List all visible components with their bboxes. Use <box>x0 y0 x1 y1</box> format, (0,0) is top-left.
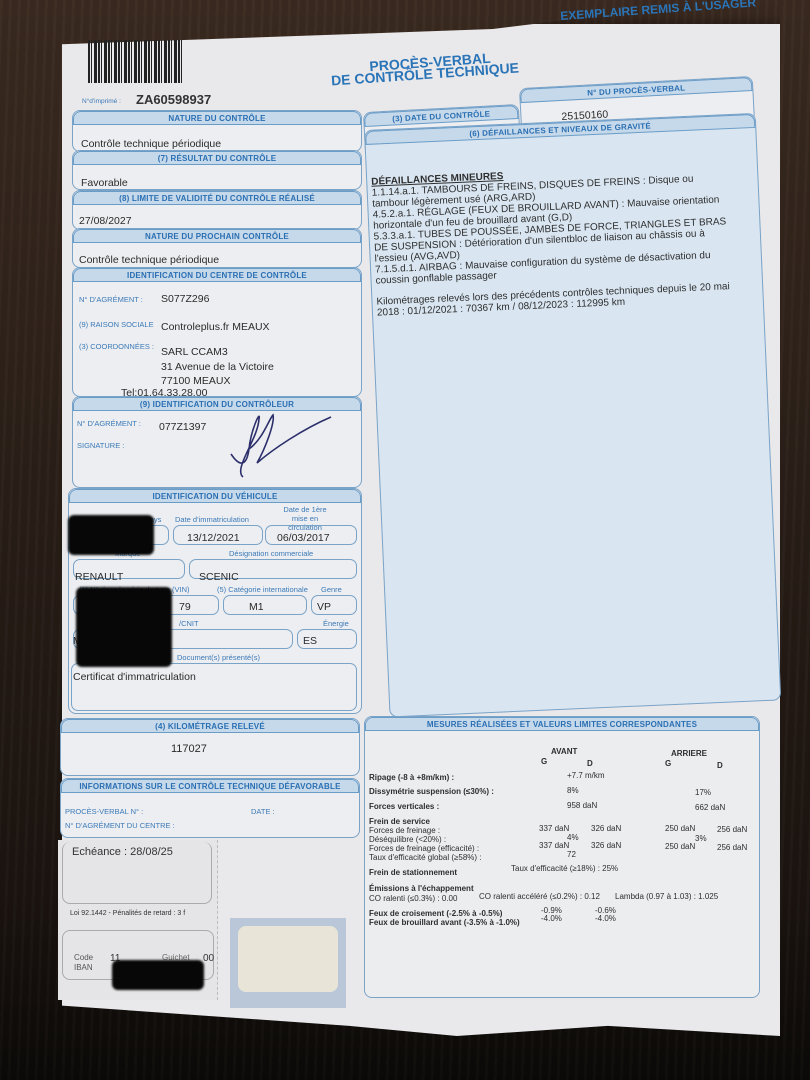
lambda: Lambda (0.97 à 1.03) : 1.025 <box>615 892 718 901</box>
nature-controle-header: NATURE DU CONTRÔLE <box>73 111 361 125</box>
resultat-header: (7) RÉSULTAT DU CONTRÔLE <box>73 151 361 165</box>
forces-eff-avg: 337 daN <box>539 841 569 850</box>
raison-sociale-label: (9) RAISON SOCIALE <box>79 320 154 329</box>
controleur-agrement-label: N° D'AGRÉMENT : <box>77 419 141 428</box>
coord-line-1: SARL CCAM3 <box>161 346 228 358</box>
validite-header: (8) LIMITE DE VALIDITÉ DU CONTRÔLE RÉALI… <box>73 191 361 205</box>
loi-text: Loi 92.1442 - Pénalités de retard : 3 f <box>70 910 185 917</box>
controleur-box: (9) IDENTIFICATION DU CONTRÔLEUR N° D'AG… <box>72 396 362 488</box>
energie-label: Énergie <box>323 619 349 628</box>
guichet-value: 00 <box>203 953 214 964</box>
cnit-label: /CNIT <box>179 619 199 628</box>
kilometrage-value: 117027 <box>171 743 207 755</box>
kilometrage-header: (4) KILOMÉTRAGE RELEVÉ <box>61 719 359 733</box>
emissions-label: Émissions à l'échappement <box>369 884 474 893</box>
arriere-d: D <box>717 761 723 770</box>
forces-freinage-avd: 326 daN <box>591 824 621 833</box>
code-label: Code <box>74 953 93 962</box>
desequilibre-label: Déséquilibre (<20%) : <box>369 835 446 844</box>
forces-freinage-avg: 337 daN <box>539 824 569 833</box>
prochain-controle-box: NATURE DU PROCHAIN CONTRÔLE Contrôle tec… <box>72 228 362 268</box>
forces-eff-label: Forces de freinage (efficacité) : <box>369 844 479 853</box>
avant-g: G <box>541 757 547 766</box>
defavorable-box: INFORMATIONS SUR LE CONTRÔLE TECHNIQUE D… <box>60 778 360 838</box>
energie-value: ES <box>303 635 317 647</box>
controleur-agrement-value: 077Z1397 <box>159 421 206 433</box>
category-field <box>223 595 307 615</box>
forces-eff-avd: 326 daN <box>591 841 621 850</box>
raison-sociale-value: Controleplus.fr MEAUX <box>161 321 270 333</box>
resultat-value: Favorable <box>81 177 128 189</box>
forces-vert-label: Forces verticales : <box>369 802 439 811</box>
taux-global-label: Taux d'efficacité global (≥58%) : <box>369 853 482 862</box>
frein-service-label: Frein de service <box>369 817 430 826</box>
printed-number: ZA60598937 <box>136 92 211 107</box>
first-circ-value: 06/03/2017 <box>277 532 330 544</box>
centre-agrement-value: S077Z296 <box>161 293 209 305</box>
resultat-box: (7) RÉSULTAT DU CONTRÔLE Favorable <box>72 150 362 190</box>
stationnement-label: Frein de stationnement <box>369 868 457 877</box>
category-label: (5) Catégorie internationale <box>217 585 308 594</box>
kilometrage-box: (4) KILOMÉTRAGE RELEVÉ 117027 <box>60 718 360 776</box>
dissym-avant: 8% <box>567 786 579 795</box>
designation-label: Désignation commerciale <box>229 549 313 558</box>
date-immat-value: 13/12/2021 <box>187 532 240 544</box>
redacted-iban <box>112 960 204 990</box>
prochain-controle-header: NATURE DU PROCHAIN CONTRÔLE <box>73 229 361 243</box>
marque-value: RENAULT <box>75 571 123 583</box>
forces-eff-arg: 250 daN <box>665 842 695 851</box>
defaillances-panel: (6) DÉFAILLANCES ET NIVEAUX DE GRAVITÉ D… <box>364 113 781 718</box>
validite-value: 27/08/2027 <box>79 215 132 227</box>
stationnement-value: Taux d'efficacité (≥18%) : 25% <box>511 864 618 873</box>
signature-label: SIGNATURE : <box>77 441 124 450</box>
mesures-panel: MESURES RÉALISÉES ET VALEURS LIMITES COR… <box>364 716 760 998</box>
forces-vert-arriere: 662 daN <box>695 803 725 812</box>
genre-label: Genre <box>321 585 342 594</box>
coord-line-2: 31 Avenue de la Victoire <box>161 361 274 373</box>
defavorable-header: INFORMATIONS SUR LE CONTRÔLE TECHNIQUE D… <box>61 779 359 793</box>
barcode <box>88 40 183 83</box>
vin-visible-fragment: 79 <box>179 601 191 613</box>
taux-global-value: 72 <box>567 850 576 859</box>
co-accelere: CO ralenti accéléré (≤0.2%) : 0.12 <box>479 892 600 901</box>
centre-box: IDENTIFICATION DU CENTRE DE CONTRÔLE N° … <box>72 267 362 397</box>
mesures-header: MESURES RÉALISÉES ET VALEURS LIMITES COR… <box>365 717 759 731</box>
ripage-value: +7.7 m/km <box>567 771 605 780</box>
coord-line-3: 77100 MEAUX <box>161 375 230 387</box>
documents-value: Certificat d'immatriculation <box>73 671 196 683</box>
redacted-plate <box>68 515 154 555</box>
ripage-label: Ripage (-8 à +8m/km) : <box>369 773 454 782</box>
designation-value: SCENIC <box>199 571 239 583</box>
validite-box: (8) LIMITE DE VALIDITÉ DU CONTRÔLE RÉALI… <box>72 190 362 230</box>
redacted-vin <box>76 587 172 667</box>
centre-agrement-label: N° D'AGRÉMENT : <box>79 295 143 304</box>
date-immat-label: Date d'immatriculation <box>175 515 249 524</box>
defavorable-agrement-label: N° D'AGRÉMENT DU CENTRE : <box>65 821 175 830</box>
desequilibre-arriere: 3% <box>695 834 707 843</box>
arriere-label: ARRIERE <box>671 749 707 758</box>
documents-label: Document(s) présenté(s) <box>177 653 260 662</box>
feux-brouillard-g: -4.0% <box>541 914 562 923</box>
signature-scribble <box>223 409 333 481</box>
genre-value: VP <box>317 601 331 613</box>
avant-label: AVANT <box>551 747 577 756</box>
nature-controle-box: NATURE DU CONTRÔLE Contrôle technique pé… <box>72 110 362 152</box>
avant-d: D <box>587 759 593 768</box>
centre-header: IDENTIFICATION DU CENTRE DE CONTRÔLE <box>73 268 361 282</box>
iban-label: IBAN <box>74 963 93 972</box>
forces-vert-avant: 958 daN <box>567 801 597 810</box>
co-ralenti: CO ralenti (≤0.3%) : 0.00 <box>369 894 457 903</box>
dissym-label: Dissymétrie suspension (≤30%) : <box>369 787 494 796</box>
feux-brouillard-label: Feux de brouillard avant (-3.5% à -1.0%) <box>369 918 520 927</box>
arriere-g: G <box>665 759 671 768</box>
defavorable-date-label: DATE : <box>251 807 275 816</box>
defavorable-pv-label: PROCÈS-VERBAL N° : <box>65 807 143 816</box>
prochain-controle-value: Contrôle technique périodique <box>79 254 219 266</box>
forces-freinage-ard: 256 daN <box>717 825 747 834</box>
category-value: M1 <box>249 601 264 613</box>
forces-freinage-label: Forces de freinage : <box>369 826 440 835</box>
feux-croisement-label: Feux de croisement (-2.5% à -0.5%) <box>369 909 502 918</box>
coordonnees-label: (3) COORDONNÉES : <box>79 342 154 351</box>
echeance-text: Echéance : 28/08/25 <box>72 846 173 858</box>
nature-controle-value: Contrôle technique périodique <box>81 138 221 150</box>
dissym-arriere: 17% <box>695 788 711 797</box>
feux-brouillard-d: -4.0% <box>595 914 616 923</box>
printed-number-label: N°d'imprimé : <box>82 98 121 105</box>
forces-eff-ard: 256 daN <box>717 843 747 852</box>
vehicule-header: IDENTIFICATION DU VÉHICULE <box>69 489 361 503</box>
forces-freinage-arg: 250 daN <box>665 824 695 833</box>
stamp-area <box>230 918 346 1008</box>
